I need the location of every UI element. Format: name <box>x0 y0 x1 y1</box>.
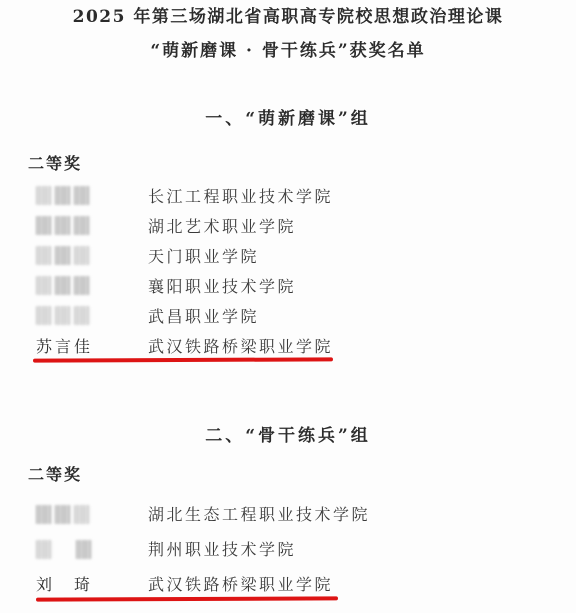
award-row-highlighted: 苏言佳 武汉铁路桥梁职业学院 <box>36 330 576 360</box>
school-name: 荆州职业技术学院 <box>148 537 296 560</box>
document-page: 2025 年第三场湖北省高职高专院校思想政治理论课 “萌新磨课 · 骨干练兵”获… <box>0 0 576 613</box>
document-title-line1: 2025 年第三场湖北省高职高专院校思想政治理论课 <box>0 0 576 28</box>
award-row: 湖北艺术职业学院 <box>36 210 576 240</box>
redacted-name <box>36 504 148 524</box>
redacted-name <box>36 185 148 205</box>
document-title-line2: “萌新磨课 · 骨干练兵”获奖名单 <box>0 41 576 62</box>
school-name: 湖北艺术职业学院 <box>148 214 296 237</box>
award-row: 襄阳职业技术学院 <box>36 270 576 300</box>
redacted-name <box>36 539 148 559</box>
redacted-name <box>36 275 148 295</box>
red-underline <box>36 596 338 601</box>
school-name: 湖北生态工程职业技术学院 <box>148 502 370 525</box>
redacted-name <box>36 245 148 265</box>
school-name: 武汉铁路桥梁职业学院 <box>148 572 333 595</box>
school-name: 武昌职业学院 <box>148 304 259 327</box>
section-2-heading: 二、“骨干练兵”组 <box>0 426 576 447</box>
award-row: 湖北生态工程职业技术学院 <box>36 496 576 531</box>
award-row: 荆州职业技术学院 <box>36 531 576 566</box>
section-1-award-list: 长江工程职业技术学院 湖北艺术职业学院 天门职业学院 襄阳职业技术学院 武昌职业… <box>0 180 576 360</box>
section-2-award-list: 湖北生态工程职业技术学院 荆州职业技术学院 刘 琦 武汉铁路桥梁职业学院 <box>0 496 576 601</box>
section-1-heading: 一、“萌新磨课”组 <box>0 109 576 130</box>
school-name: 襄阳职业技术学院 <box>148 274 296 297</box>
awardee-name: 刘 琦 <box>36 572 148 595</box>
school-name: 天门职业学院 <box>148 244 259 267</box>
section-1-prize-label: 二等奖 <box>28 154 576 174</box>
award-row: 武昌职业学院 <box>36 300 576 330</box>
redacted-name <box>36 215 148 235</box>
school-name: 长江工程职业技术学院 <box>148 184 333 207</box>
award-row-highlighted: 刘 琦 武汉铁路桥梁职业学院 <box>36 566 576 601</box>
redacted-name <box>36 305 148 325</box>
award-row: 长江工程职业技术学院 <box>36 180 576 210</box>
section-2-prize-label: 二等奖 <box>28 465 576 485</box>
awardee-name: 苏言佳 <box>36 334 148 357</box>
school-name: 武汉铁路桥梁职业学院 <box>148 334 333 357</box>
red-underline <box>33 357 333 362</box>
award-row: 天门职业学院 <box>36 240 576 270</box>
